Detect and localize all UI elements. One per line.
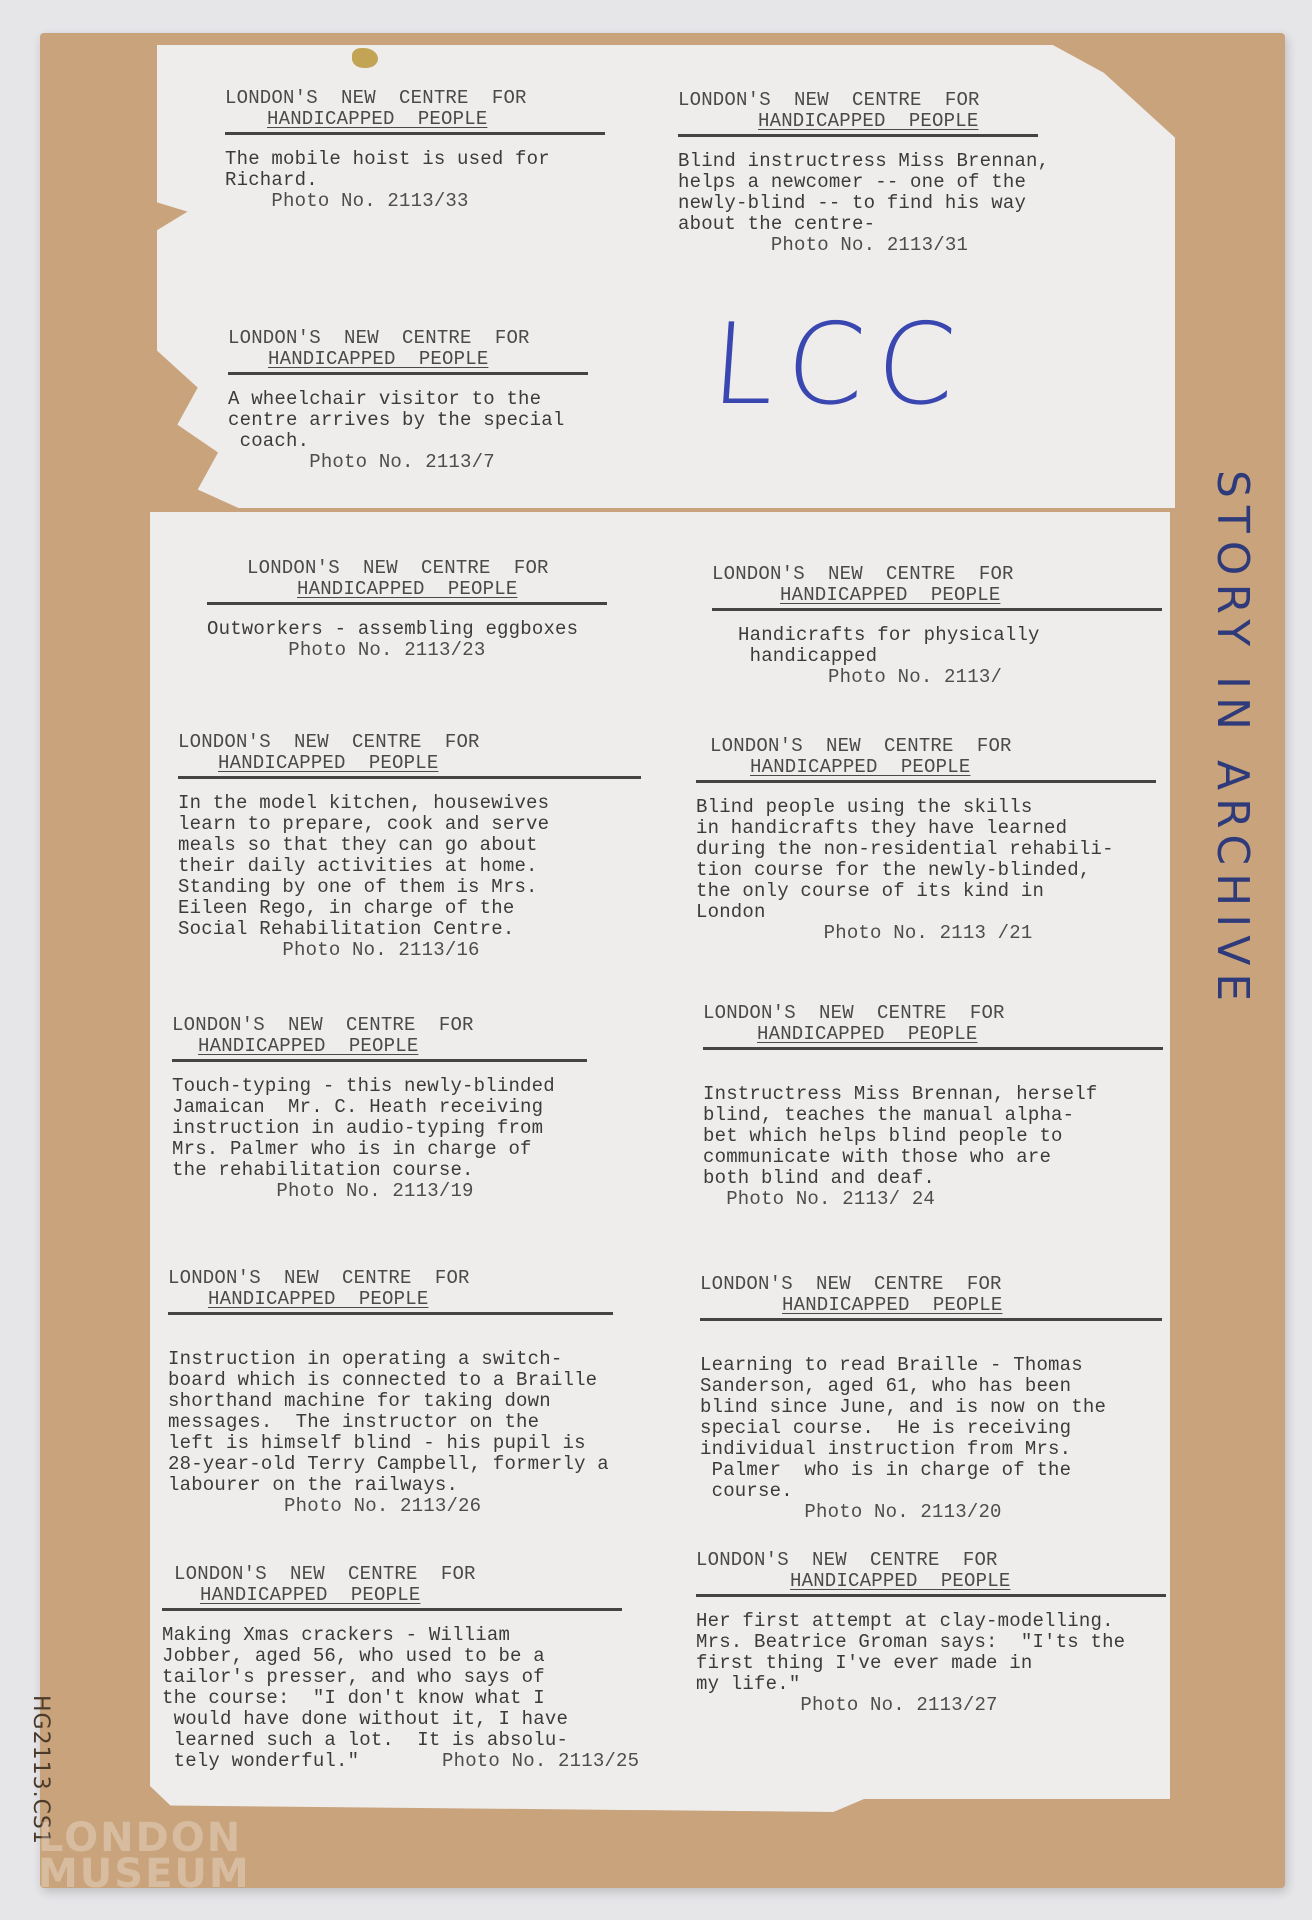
photo-number: Photo No. 2113/27	[696, 1695, 1166, 1716]
caption-body: In the model kitchen, housewives learn t…	[178, 793, 641, 940]
caption-body: Handicrafts for physically handicapped	[712, 625, 1162, 667]
caption-body: Her first attempt at clay-modelling. Mrs…	[696, 1611, 1166, 1695]
caption-body: Learning to read Braille - Thomas Sander…	[700, 1355, 1162, 1502]
caption-body: A wheelchair visitor to the centre arriv…	[228, 389, 588, 452]
caption-2113-16: LONDON'S NEW CENTRE FORHANDICAPPED PEOPL…	[178, 732, 641, 961]
caption-heading: LONDON'S NEW CENTRE FORHANDICAPPED PEOPL…	[207, 558, 607, 605]
caption-heading: LONDON'S NEW CENTRE FORHANDICAPPED PEOPL…	[696, 1550, 1166, 1597]
caption-2113-24: LONDON'S NEW CENTRE FORHANDICAPPED PEOPL…	[703, 1003, 1163, 1210]
caption-2113-blank: LONDON'S NEW CENTRE FORHANDICAPPED PEOPL…	[712, 564, 1162, 688]
photo-number: Photo No. 2113/23	[207, 640, 607, 661]
caption-heading: LONDON'S NEW CENTRE FORHANDICAPPED PEOPL…	[678, 90, 1038, 137]
caption-2113-20: LONDON'S NEW CENTRE FORHANDICAPPED PEOPL…	[700, 1274, 1162, 1523]
photo-number: Photo No. 2113/26	[168, 1496, 613, 1517]
caption-heading: LONDON'S NEW CENTRE FORHANDICAPPED PEOPL…	[178, 732, 641, 779]
caption-2113-25: LONDON'S NEW CENTRE FORHANDICAPPED PEOPL…	[162, 1564, 622, 1772]
caption-2113-21: LONDON'S NEW CENTRE FORHANDICAPPED PEOPL…	[696, 736, 1156, 944]
caption-heading: LONDON'S NEW CENTRE FORHANDICAPPED PEOPL…	[228, 328, 588, 375]
handwritten-side-note: STORY IN ARCHIVE	[1198, 470, 1258, 1160]
photo-number: Photo No. 2113/	[712, 667, 1162, 688]
caption-body: The mobile hoist is used for Richard.	[225, 149, 605, 191]
caption-heading: LONDON'S NEW CENTRE FORHANDICAPPED PEOPL…	[703, 1003, 1163, 1050]
photo-number: Photo No. 2113/7	[228, 452, 588, 473]
caption-heading: LONDON'S NEW CENTRE FORHANDICAPPED PEOPL…	[225, 88, 605, 135]
photo-number: Photo No. 2113/33	[225, 191, 605, 212]
caption-heading: LONDON'S NEW CENTRE FORHANDICAPPED PEOPL…	[172, 1015, 587, 1062]
handwritten-lcc-mark: LCC	[707, 300, 971, 430]
glue-stain	[352, 48, 378, 68]
photo-number: Photo No. 2113/19	[172, 1181, 587, 1202]
caption-heading: LONDON'S NEW CENTRE FORHANDICAPPED PEOPL…	[168, 1268, 613, 1315]
caption-body: Outworkers - assembling eggboxes	[207, 619, 607, 640]
caption-2113-33: LONDON'S NEW CENTRE FORHANDICAPPED PEOPL…	[225, 88, 605, 212]
caption-body: Blind people using the skills in handicr…	[696, 797, 1156, 923]
photo-number: Photo No. 2113 /21	[696, 923, 1156, 944]
caption-heading: LONDON'S NEW CENTRE FORHANDICAPPED PEOPL…	[162, 1564, 622, 1611]
caption-heading: LONDON'S NEW CENTRE FORHANDICAPPED PEOPL…	[712, 564, 1162, 611]
caption-heading: LONDON'S NEW CENTRE FORHANDICAPPED PEOPL…	[700, 1274, 1162, 1321]
caption-2113-7: LONDON'S NEW CENTRE FORHANDICAPPED PEOPL…	[228, 328, 588, 473]
museum-watermark: LONDON MUSEUM	[38, 1820, 251, 1892]
caption-heading: LONDON'S NEW CENTRE FORHANDICAPPED PEOPL…	[696, 736, 1156, 783]
caption-2113-27: LONDON'S NEW CENTRE FORHANDICAPPED PEOPL…	[696, 1550, 1166, 1716]
photo-number: Photo No. 2113/ 24	[703, 1189, 1163, 1210]
photo-number: Photo No. 2113/31	[678, 235, 1038, 256]
caption-body: Blind instructress Miss Brennan, helps a…	[678, 151, 1038, 235]
caption-body: Instruction in operating a switch- board…	[168, 1349, 613, 1496]
photo-number: Photo No. 2113/16	[178, 940, 641, 961]
caption-2113-31: LONDON'S NEW CENTRE FORHANDICAPPED PEOPL…	[678, 90, 1038, 256]
caption-2113-26: LONDON'S NEW CENTRE FORHANDICAPPED PEOPL…	[168, 1268, 613, 1517]
photo-number: Photo No. 2113/20	[700, 1502, 1162, 1523]
caption-2113-19: LONDON'S NEW CENTRE FORHANDICAPPED PEOPL…	[172, 1015, 587, 1202]
caption-body: Touch-typing - this newly-blinded Jamaic…	[172, 1076, 587, 1181]
caption-2113-23: LONDON'S NEW CENTRE FORHANDICAPPED PEOPL…	[207, 558, 607, 661]
caption-body: Instructress Miss Brennan, herself blind…	[703, 1084, 1163, 1189]
